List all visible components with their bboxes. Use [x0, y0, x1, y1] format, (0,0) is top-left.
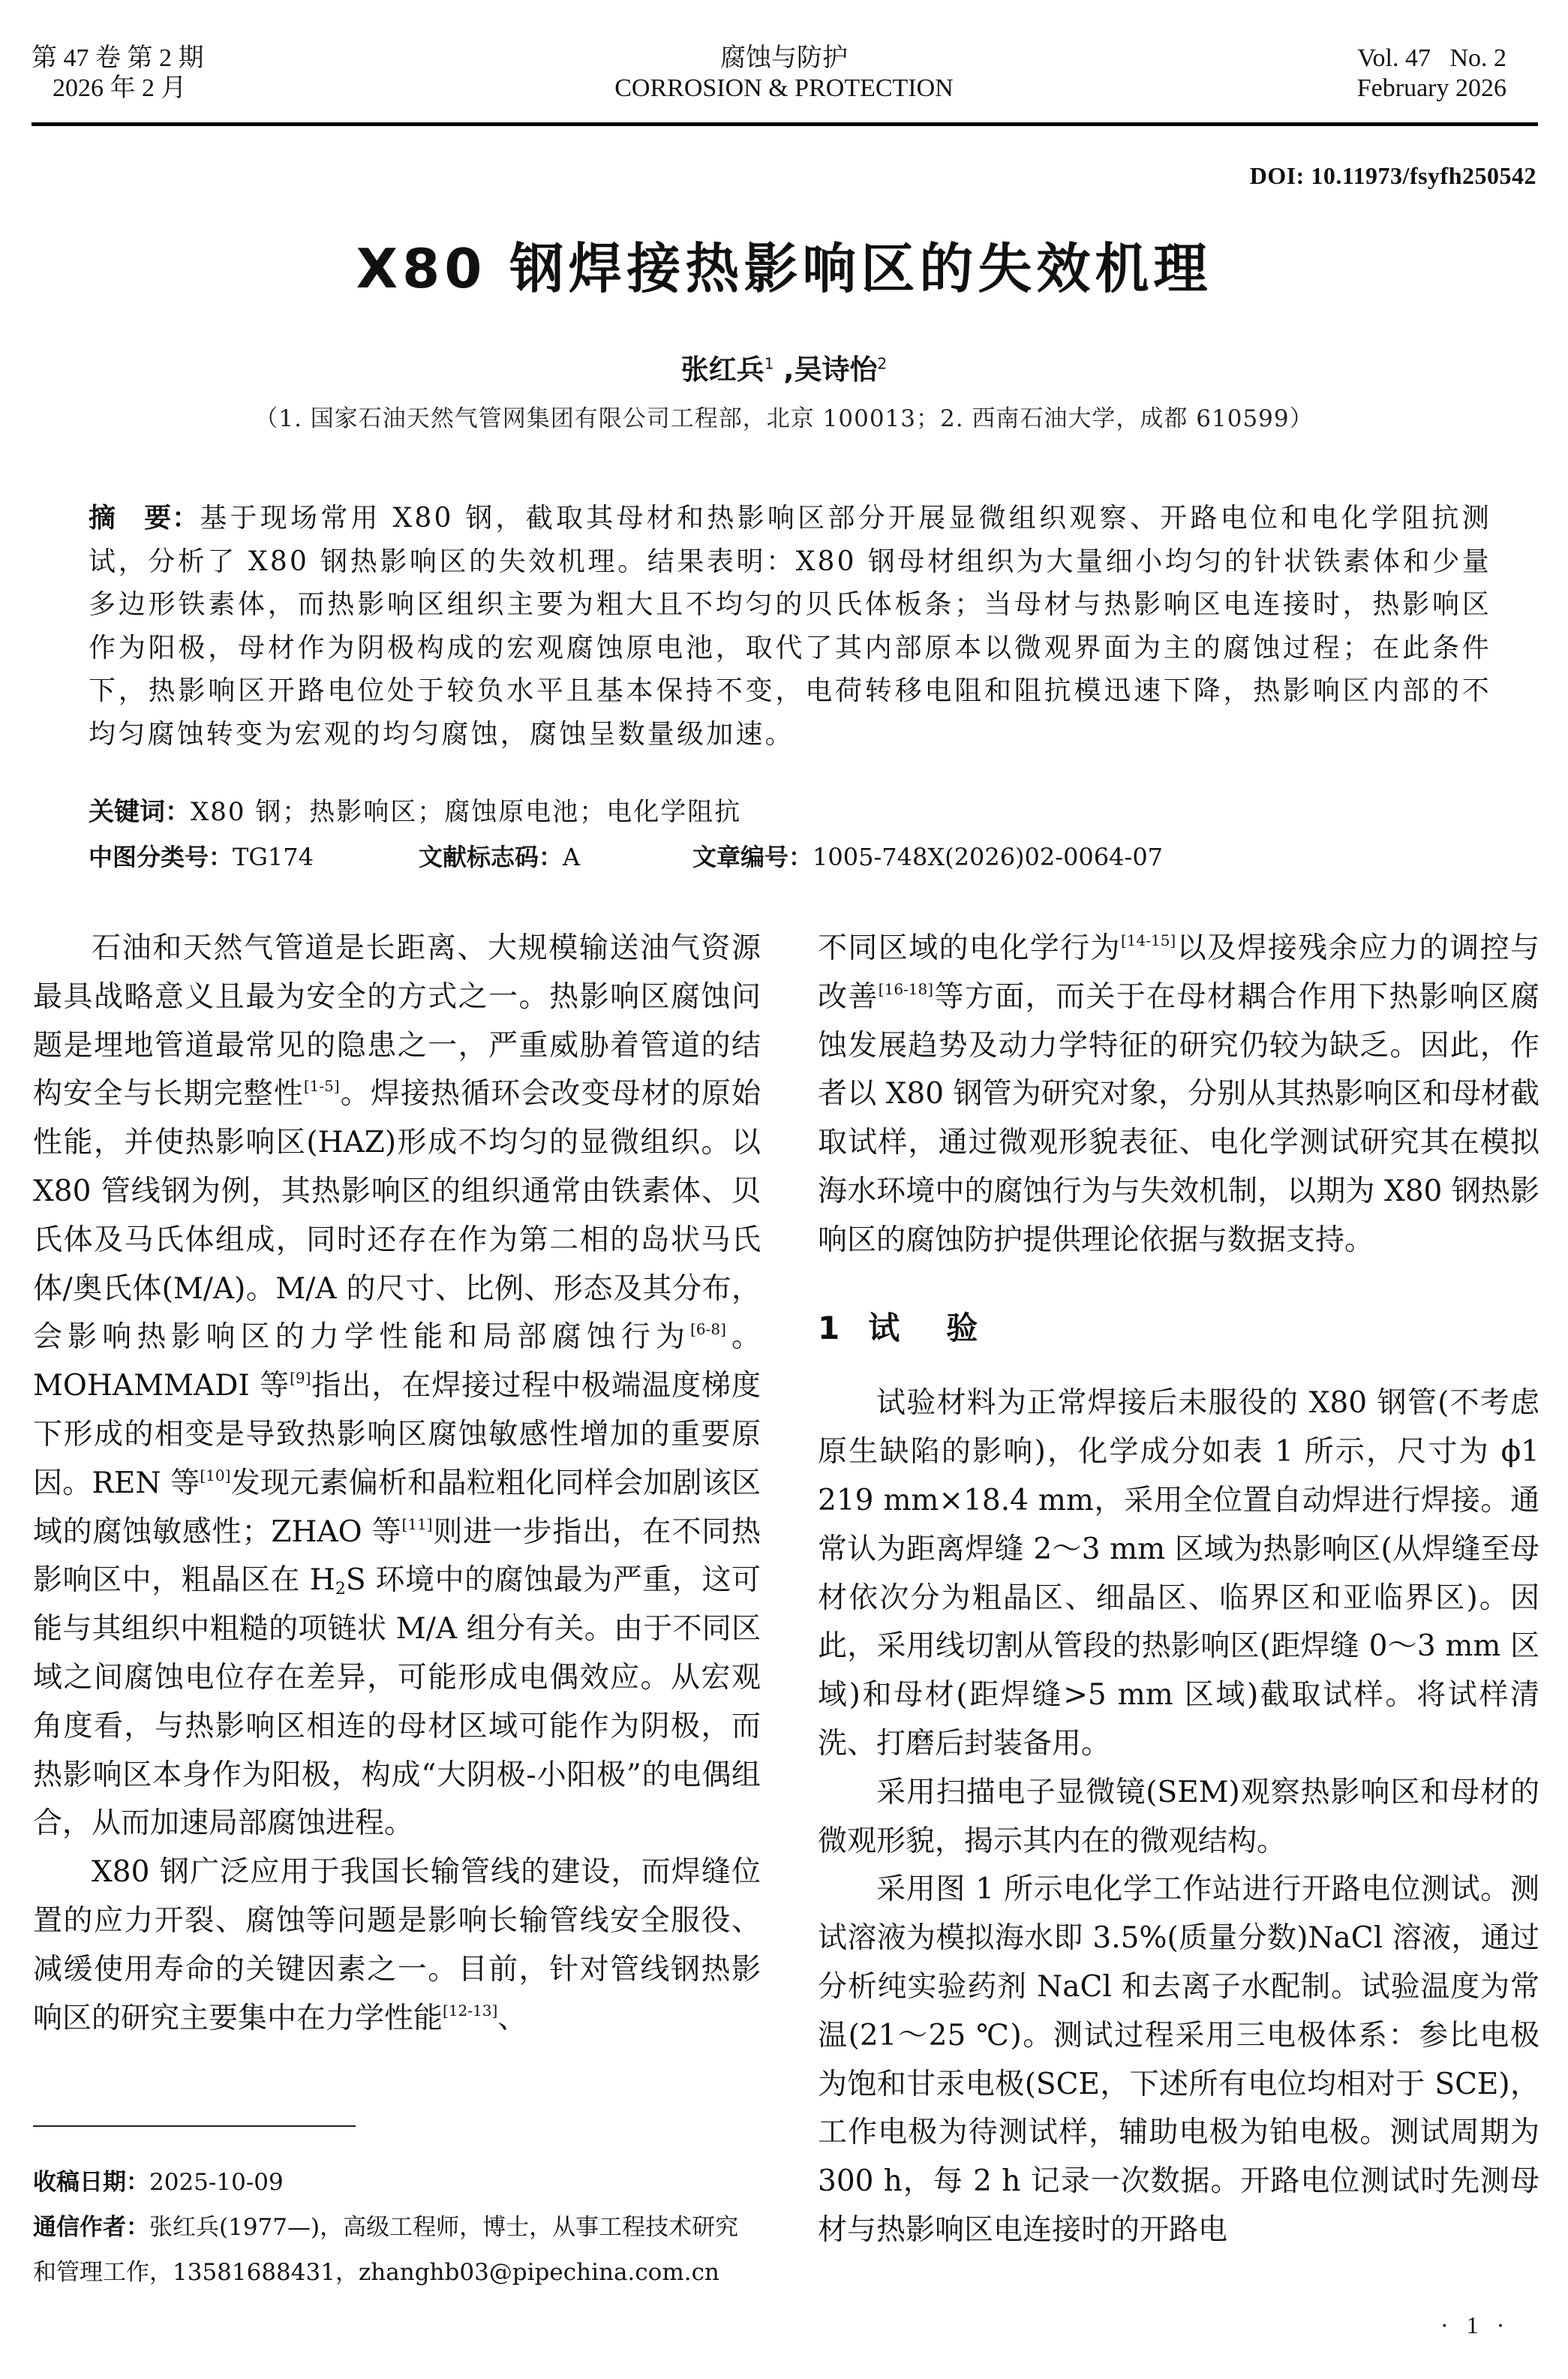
- body-column-left: 石油和天然气管道是长距离、大规模输送油气资源最具战略意义且最为安全的方式之一。热…: [33, 925, 761, 2043]
- running-header-right: Vol. 47 No. 2 February 2026: [1357, 44, 1506, 104]
- received-date: 收稿日期：2025-10-09: [33, 2160, 753, 2205]
- author-separator: ,: [774, 353, 795, 386]
- paragraph: 不同区域的电化学行为[14-15]以及焊接残余应力的调控与改善[16-18]等方…: [818, 925, 1539, 1265]
- corresponding-author: 通信作者：张红兵(1977—)，高级工程师，博士，从事工程技术研究和管理工作，1…: [33, 2205, 753, 2295]
- author-name: 张红兵: [681, 353, 764, 386]
- article-no-label: 文章编号：: [692, 843, 813, 871]
- article-title: X80 钢焊接热影响区的失效机理: [0, 225, 1568, 303]
- citation[interactable]: [16-18]: [879, 980, 933, 998]
- journal-name-en: CORROSION & PROTECTION: [0, 74, 1568, 104]
- affiliation-marker: 1: [764, 355, 774, 373]
- abstract-text: 基于现场常用 X80 钢，截取其母材和热影响区部分开展显微组织观察、开路电位和电…: [89, 503, 1491, 750]
- citation[interactable]: [14-15]: [1121, 931, 1176, 949]
- doc-code-label: 文献标志码：: [419, 843, 563, 871]
- doi[interactable]: DOI: 10.11973/fsyfh250542: [1250, 162, 1536, 190]
- citation[interactable]: [6-8]: [690, 1320, 726, 1338]
- keywords: 关键词：X80 钢；热影响区；腐蚀原电池；电化学阻抗: [89, 796, 741, 829]
- issue-date-en: February 2026: [1357, 74, 1506, 104]
- paragraph: 试验材料为正常焊接后未服役的 X80 钢管(不考虑原生缺陷的影响)，化学成分如表…: [818, 1379, 1539, 1768]
- page-number: · 1 ·: [1440, 2311, 1510, 2339]
- section-heading: 1试验: [818, 1304, 1539, 1353]
- abstract: 摘 要：基于现场常用 X80 钢，截取其母材和热影响区部分开展显微组织观察、开路…: [89, 497, 1491, 756]
- keywords-label: 关键词：: [89, 797, 191, 827]
- footnotes: 收稿日期：2025-10-09 通信作者：张红兵(1977—)，高级工程师，博士…: [33, 2160, 753, 2295]
- affiliations: （1. 国家石油天然气管网集团有限公司工程部，北京 100013；2. 西南石油…: [0, 399, 1568, 433]
- journal-name-cn: 腐蚀与防护: [0, 44, 1568, 74]
- paragraph: 石油和天然气管道是长距离、大规模输送油气资源最具战略意义且最为安全的方式之一。热…: [33, 925, 761, 1848]
- vol-no-en: Vol. 47 No. 2: [1357, 44, 1506, 74]
- footnote-rule: [33, 2125, 356, 2127]
- citation[interactable]: [11]: [402, 1515, 433, 1533]
- classification-row: 中图分类号：TG174文献标志码：A文章编号：1005-748X(2026)02…: [89, 841, 1163, 874]
- subscript: 2: [335, 1580, 346, 1599]
- paragraph: 采用扫描电子显微镜(SEM)观察热影响区和母材的微观形貌，揭示其内在的微观结构。: [818, 1769, 1539, 1866]
- author-list: 张红兵1 ,吴诗怡2: [0, 347, 1568, 387]
- body-column-right: 不同区域的电化学行为[14-15]以及焊接残余应力的调控与改善[16-18]等方…: [818, 925, 1539, 2255]
- affiliation-marker: 2: [877, 355, 887, 373]
- clc-label: 中图分类号：: [89, 843, 233, 871]
- clc-value: TG174: [233, 843, 314, 871]
- citation[interactable]: [12-13]: [443, 2002, 497, 2020]
- header-rule: [32, 122, 1538, 126]
- paragraph: 采用图 1 所示电化学工作站进行开路电位测试。测试溶液为模拟海水即 3.5%(质…: [818, 1866, 1539, 2254]
- keywords-text: X80 钢；热影响区；腐蚀原电池；电化学阻抗: [191, 797, 741, 827]
- doc-code-value: A: [563, 843, 580, 871]
- author-name: 吴诗怡: [794, 353, 877, 386]
- article-no-value: 1005-748X(2026)02-0064-07: [813, 843, 1163, 871]
- paragraph: X80 钢广泛应用于我国长输管线的建设，而焊缝位置的应力开裂、腐蚀等问题是影响长…: [33, 1848, 761, 2043]
- citation[interactable]: [9]: [290, 1369, 311, 1387]
- section-number: 1: [818, 1310, 841, 1346]
- citation[interactable]: [10]: [200, 1466, 230, 1484]
- abstract-label: 摘 要：: [89, 503, 200, 534]
- citation[interactable]: [1-5]: [304, 1077, 340, 1095]
- running-header-center: 腐蚀与防护 CORROSION & PROTECTION: [0, 44, 1568, 104]
